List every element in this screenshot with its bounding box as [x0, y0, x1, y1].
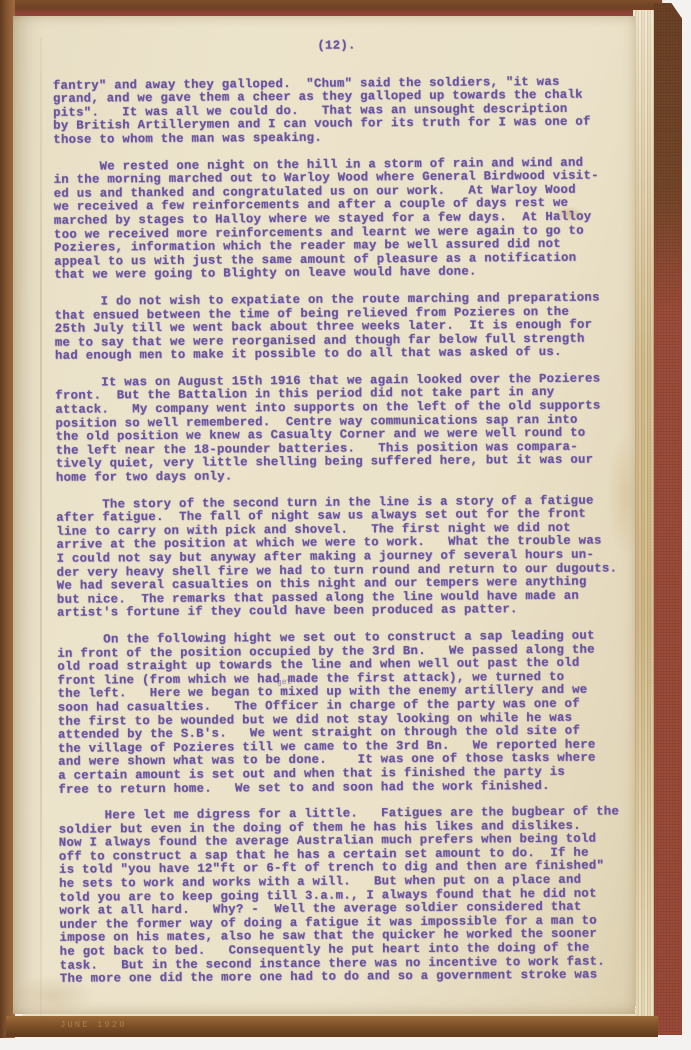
insertion-caret-mark: v [282, 688, 286, 696]
gutter-crease [40, 38, 42, 1024]
paragraph: The story of the second turn in the line… [56, 494, 625, 621]
paragraph: On the following hight we set out to con… [57, 629, 626, 797]
book-cover-right-edge [654, 3, 682, 1035]
paragraph: We rested one night on the hill in a sto… [53, 156, 622, 283]
handwritten-insertion: get [277, 678, 292, 688]
paragraph: Here let me digress for a little. Fatigu… [59, 805, 628, 986]
cover-embossed-date: JUNE 1920 [60, 1020, 127, 1030]
typewritten-text-block: (12). fantry" and away they galloped. "C… [52, 37, 628, 999]
book-scan: JUNE 1920 (12). fantry" and away they ga… [0, 0, 691, 1050]
paragraph: It was on August 15th 1916 that we again… [55, 372, 624, 485]
paragraph: fantry" and away they galloped. "Chum" s… [53, 75, 622, 147]
paragraph: I do not wish to expatiate on the route … [54, 291, 623, 363]
